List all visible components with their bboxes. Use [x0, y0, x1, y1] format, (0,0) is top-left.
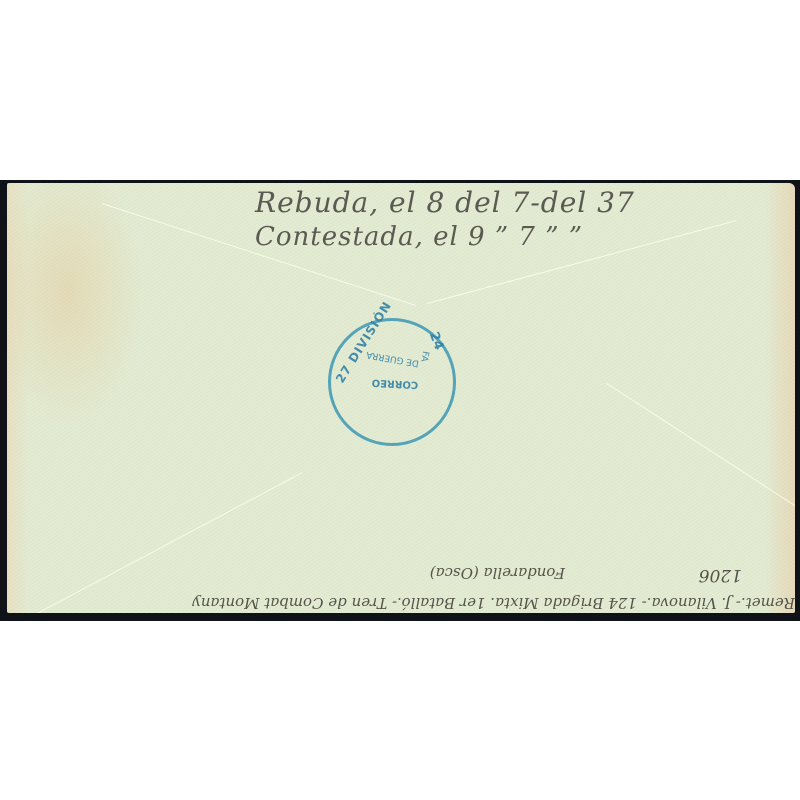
postmark-inner-text-2: CORREO — [371, 377, 418, 390]
sender-address: Remet.- J. Vilanova.- 124 Brigada Mixta.… — [192, 594, 795, 612]
flap-fold-bottom-right — [606, 383, 795, 509]
flap-fold-bottom-left — [37, 472, 302, 613]
received-date-note: Rebuda, el 8 del 7-del 37 — [255, 186, 635, 219]
sender-location: Fondarella (Osca) — [430, 564, 565, 582]
answered-date-note: Contestada, el 9 ” 7 ” ” — [255, 222, 583, 252]
reference-number: 1206 — [699, 565, 742, 585]
postmark-inner-text-3: FA — [418, 350, 430, 362]
